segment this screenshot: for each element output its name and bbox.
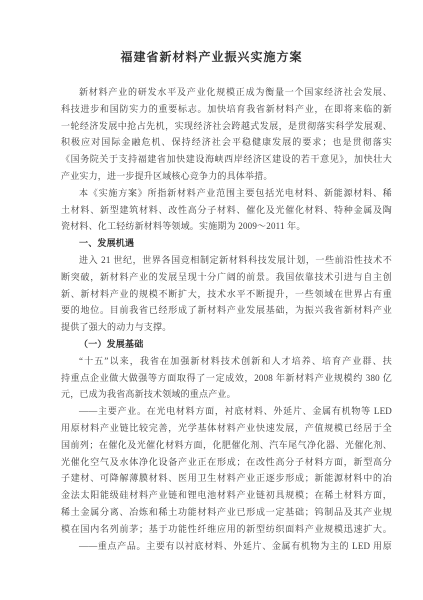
text-line: 要的地位。目前我省已经形成了新材料产业发展基础，为振兴我省新材料产业 xyxy=(61,302,392,319)
text-line: 用原材料产业链比较完善，光学基体材料产业快速发展，产值规模已经居于全 xyxy=(61,420,392,437)
text-line: 稀土金属分离、冶炼和稀土功能材料产业已形成一定基础；钨制品及其产业规 xyxy=(61,504,392,521)
text-line: 土材料、新型建筑材料、改性高分子材料、催化及光催化材料、特种金属及陶 xyxy=(61,202,392,219)
document-body: 新材料产业的研发水平及产业化规模正成为衡量一个国家经济社会发展、 科技进步和国防… xyxy=(61,84,392,554)
text-line: “十五”以来，我省在加强新材料技术创新和人才培养、培育产业群、扶 xyxy=(61,353,392,370)
text-line: 进入 21 世纪，世界各国竞相制定新材料科技发展计划，一些前沿性技术不 xyxy=(61,252,392,269)
subsection-heading: （一）发展基础 xyxy=(61,336,392,353)
text-line: 产业实力，进一步提升区域核心竞争力的具体举措。 xyxy=(61,168,392,185)
text-line: 模在国内名列前茅；基于功能性纤维应用的新型纺织面料产业规模迅速扩大。 xyxy=(61,521,392,538)
text-line: 新材料产业的研发水平及产业化规模正成为衡量一个国家经济社会发展、 xyxy=(61,84,392,101)
text-line: 国前列；在催化及光催化材料方面，化肥催化剂、汽车尾气净化器、光催化剂、 xyxy=(61,437,392,454)
text-line: ——主要产业。在光电材料方面，衬底材料、外延片、金属有机物等 LED xyxy=(61,403,392,420)
text-line: 持重点企业做大做强等方面取得了一定成效，2008 年新材料产业规模约 380 亿 xyxy=(61,370,392,387)
text-line: 新、新材料产业的规模不断扩大，技术水平不断提升，一些领域在世界占有重 xyxy=(61,286,392,303)
section-heading: 一、发展机遇 xyxy=(61,235,392,252)
text-line: 科技进步和国防实力的重要标志。加快培育我省新材料产业，在即将来临的新 xyxy=(61,101,392,118)
text-line: 一轮经济发展中抢占先机，实现经济社会跨越式发展，是贯彻落实科学发展观、 xyxy=(61,118,392,135)
text-line: 元，已成为我省高新技术领域的重点产业。 xyxy=(61,386,392,403)
text-line: 瓷材料、化工轻纺新材料等领域。实施期为 2009～2011 年。 xyxy=(61,218,392,235)
text-line: 金法太阳能级硅材料产业链和锂电池材料产业链初具规模；在稀土材料方面， xyxy=(61,487,392,504)
text-line: 《国务院关于支持福建省加快建设海峡西岸经济区建设的若干意见》，加快壮大 xyxy=(61,151,392,168)
text-line: ——重点产品。主要有以衬底材料、外延片、金属有机物为主的 LED 用原 xyxy=(61,538,392,555)
text-line: 提供了强大的动力与支撑。 xyxy=(61,319,392,336)
document-title: 福建省新材料产业振兴实施方案 xyxy=(0,48,423,65)
text-line: 断突破，新材料产业的发展呈现十分广阔的前景。我国依靠技术引进与自主创 xyxy=(61,269,392,286)
document-page: 福建省新材料产业振兴实施方案 新材料产业的研发水平及产业化规模正成为衡量一个国家… xyxy=(0,0,423,600)
text-line: 子建材、可降解薄膜材料、医用卫生材料产业正逐步形成；新能源材料中的冶 xyxy=(61,470,392,487)
text-line: 光催化空气及水体净化设备产业正在形成；在改性高分子材料方面，新型高分 xyxy=(61,454,392,471)
text-line: 本《实施方案》所指新材料产业范围主要包括光电材料、新能源材料、稀 xyxy=(61,185,392,202)
text-line: 积极应对国际金融危机、保持经济社会平稳健康发展的要求；也是贯彻落实 xyxy=(61,134,392,151)
